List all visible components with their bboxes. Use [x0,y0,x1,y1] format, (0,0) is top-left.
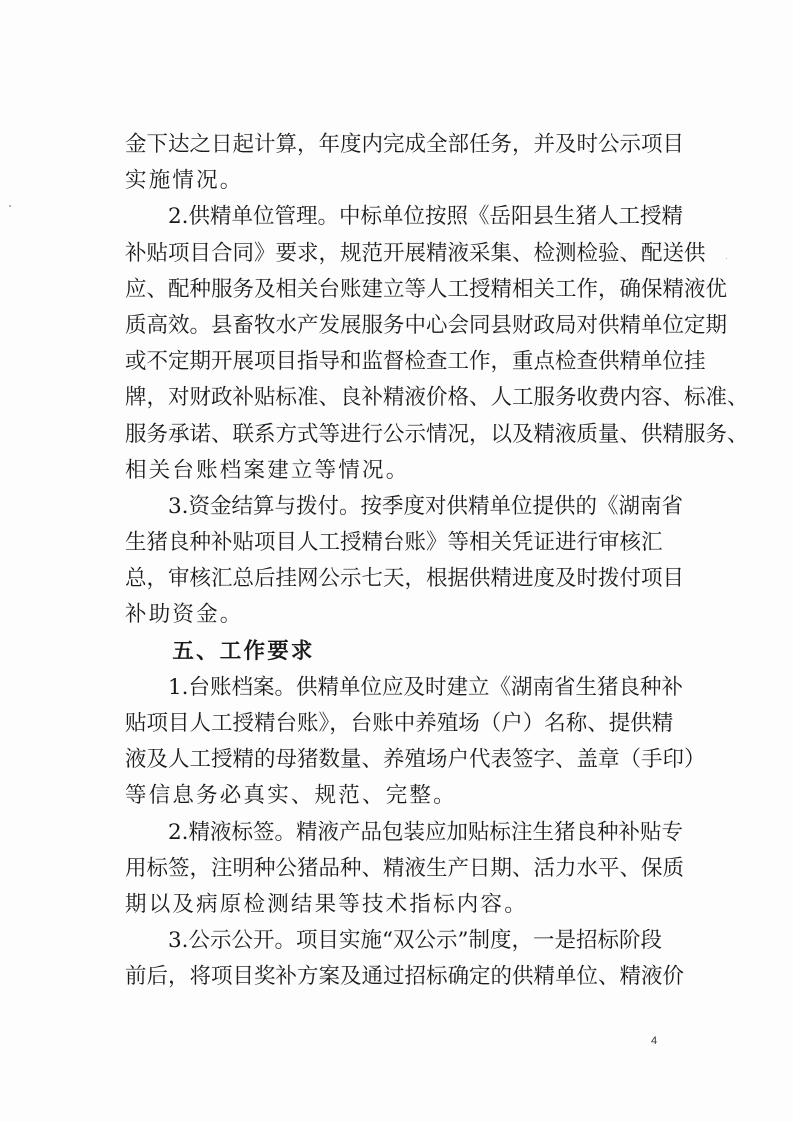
text-line: 期以及病原检测结果等技术指标内容。 [125,887,647,923]
text-line: 总，审核汇总后挂网公示七天，根据供精进度及时拨付项目 [125,561,647,597]
text-line: 1.台账档案。供精单位应及时建立《湖南省生猪良种补 [125,670,647,706]
text-line: 3.资金结算与拨付。按季度对供精单位提供的《湖南省 [125,489,647,525]
text-line: 2.精液标签。精液产品包装应加贴标注生猪良种补贴专 [125,815,647,851]
text-line: 贴项目人工授精台账》，台账中养殖场（户）名称、提供精 [125,706,647,742]
text-line: 用标签，注明种公猪品种、精液生产日期、活力水平、保质 [125,851,647,887]
text-line: 补助资金。 [125,597,647,633]
scan-speck [9,205,11,207]
text-line: 相关台账档案建立等情况。 [125,453,647,489]
document-page: 金下达之日起计算，年度内完成全部任务，并及时公示项目 实施情况。 2.供精单位管… [0,0,793,1122]
text-line: 实施情况。 [125,163,647,199]
section-heading: 五、工作要求 [125,634,647,670]
page-number: 4 [651,1035,657,1047]
text-line: 质高效。县畜牧水产发展服务中心会同县财政局对供精单位定期 [125,308,647,344]
text-line: 液及人工授精的母猪数量、养殖场户代表签字、盖章（手印） [125,742,647,778]
text-line: 前后，将项目奖补方案及通过招标确定的供精单位、精液价 [125,959,647,995]
text-line: 2.供精单位管理。中标单位按照《岳阳县生猪人工授精 [125,199,647,235]
text-line: 应、配种服务及相关台账建立等人工授精相关工作，确保精液优 [125,272,647,308]
document-body: 金下达之日起计算，年度内完成全部任务，并及时公示项目 实施情况。 2.供精单位管… [125,127,647,996]
text-line: 生猪良种补贴项目人工授精台账》等相关凭证进行审核汇 [125,525,647,561]
text-line: 补贴项目合同》要求，规范开展精液采集、检测检验、配送供 [125,236,647,272]
text-line: 等信息务必真实、规范、完整。 [125,778,647,814]
text-line: 牌，对财政补贴标准、良补精液价格、人工服务收费内容、标准、 [125,380,647,416]
text-line: 3.公示公开。项目实施“双公示”制度，一是招标阶段 [125,923,647,959]
text-line: 服务承诺、联系方式等进行公示情况，以及精液质量、供精服务、 [125,417,647,453]
text-line: 金下达之日起计算，年度内完成全部任务，并及时公示项目 [125,127,647,163]
text-line: 或不定期开展项目指导和监督检查工作，重点检查供精单位挂 [125,344,647,380]
scan-speck [726,258,727,259]
